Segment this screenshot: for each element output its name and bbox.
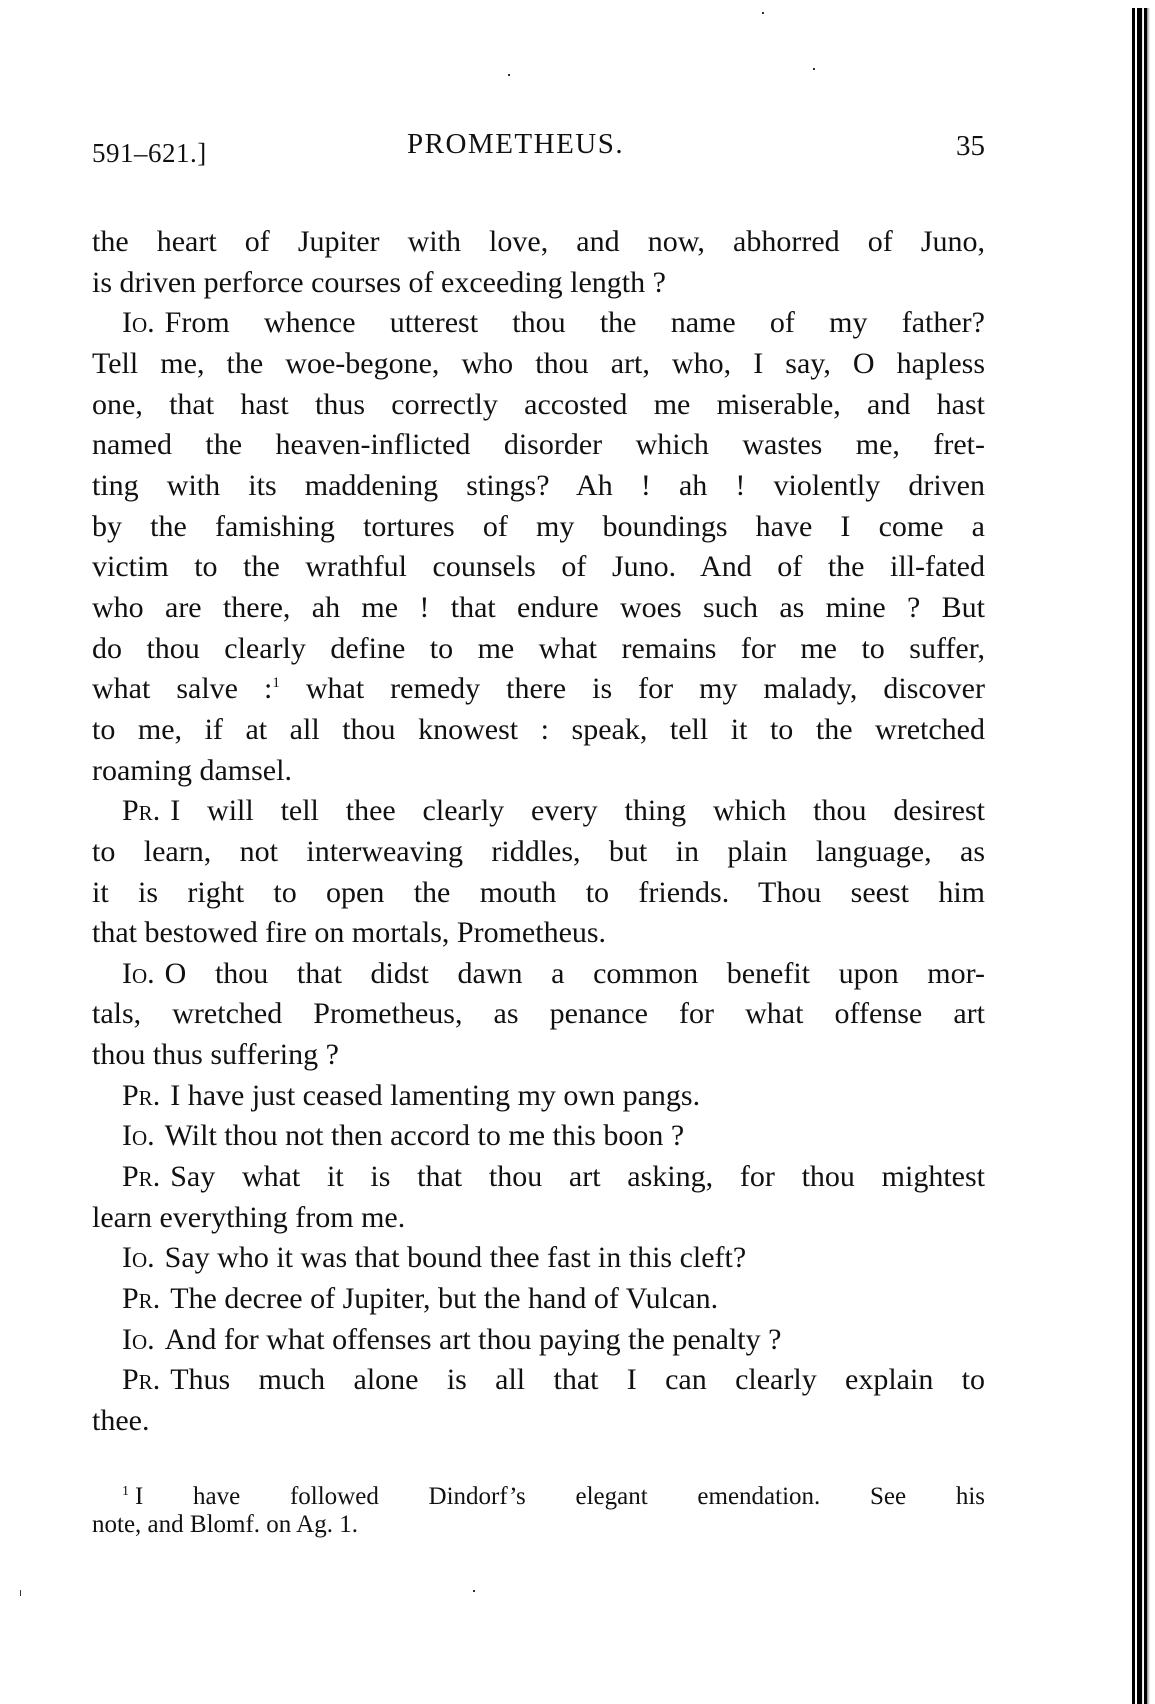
footnote-line: note, and Blomf. on Ag. 1. (92, 1511, 985, 1539)
text-line: that bestowed fire on mortals, Prometheu… (92, 913, 985, 954)
text-line: Io.And for what offenses art thou paying… (92, 1320, 985, 1361)
footnotes: 1I have followed Dindorf’s elegant emend… (92, 1483, 985, 1539)
speaker-label: Pr. (122, 1282, 160, 1315)
text-line: Io.Wilt thou not then accord to me this … (92, 1116, 985, 1157)
speaker-label: Io. (122, 1241, 155, 1274)
text-line: thee. (92, 1401, 985, 1442)
text-line: thou thus suffering ? (92, 1035, 985, 1076)
text-line: Io.From whence utterest thou the name of… (92, 303, 985, 344)
scan-speck (813, 68, 815, 70)
footnote-line: 1I have followed Dindorf’s elegant emend… (92, 1483, 985, 1511)
text-line: Io.O thou that didst dawn a common benef… (92, 954, 985, 995)
page-number: 35 (956, 130, 985, 163)
text-line: what salve :1 what remedy there is for m… (92, 669, 985, 710)
body-text: the heart of Jupiter with love, and now,… (92, 222, 985, 1442)
footnote-reference[interactable]: 1 (272, 675, 280, 691)
text-line: named the heaven-inflicted disorder whic… (92, 425, 985, 466)
text-line: to learn, not interweaving riddles, but … (92, 832, 985, 873)
text-line: Io.Say who it was that bound thee fast i… (92, 1238, 985, 1279)
speaker-label: Io. (122, 957, 155, 990)
speaker-label: Io. (122, 1119, 155, 1152)
text-line: tals, wretched Prometheus, as penance fo… (92, 994, 985, 1035)
text-line: Pr.Thus much alone is all that I can cle… (92, 1360, 985, 1401)
text-line: who are there, ah me ! that endure woes … (92, 588, 985, 629)
text-line: Pr.The decree of Jupiter, but the hand o… (92, 1279, 985, 1320)
text-line: Pr.Say what it is that thou art asking, … (92, 1157, 985, 1198)
page-title: PROMETHEUS. (407, 128, 624, 161)
scan-speck (20, 1590, 21, 1596)
speaker-label: Pr. (122, 1160, 160, 1193)
text-line: ting with its maddening stings? Ah ! ah … (92, 466, 985, 507)
speaker-label: Pr. (122, 1363, 160, 1396)
text-line: it is right to open the mouth to friends… (92, 873, 985, 914)
book-page: 591–621.] PROMETHEUS. 35 the heart of Ju… (0, 0, 1155, 1704)
scan-speck (473, 1590, 475, 1592)
text-line: Pr.I will tell thee clearly every thing … (92, 791, 985, 832)
scan-speck (508, 74, 510, 76)
line-range: 591–621.] (92, 138, 207, 169)
text-line: one, that hast thus correctly accosted m… (92, 385, 985, 426)
running-head: 591–621.] PROMETHEUS. 35 (92, 128, 985, 172)
scan-speck (762, 12, 764, 14)
footnote-mark: 1 (122, 1484, 129, 1499)
text-line: the heart of Jupiter with love, and now,… (92, 222, 985, 263)
speaker-label: Io. (122, 1323, 155, 1356)
text-line: is driven perforce courses of exceeding … (92, 263, 985, 304)
text-line: learn everything from me. (92, 1198, 985, 1239)
text-line: roaming damsel. (92, 751, 985, 792)
text-line: Tell me, the woe-begone, who thou art, w… (92, 344, 985, 385)
page-spine-edge (1132, 8, 1150, 1704)
text-line: to me, if at all thou knowest : speak, t… (92, 710, 985, 751)
text-line: Pr.I have just ceased lamenting my own p… (92, 1076, 985, 1117)
text-line: victim to the wrathful counsels of Juno.… (92, 547, 985, 588)
text-line: do thou clearly define to me what remain… (92, 629, 985, 670)
speaker-label: Io. (122, 306, 155, 339)
text-line: by the famishing tortures of my bounding… (92, 507, 985, 548)
speaker-label: Pr. (122, 1079, 160, 1112)
speaker-label: Pr. (122, 794, 160, 827)
